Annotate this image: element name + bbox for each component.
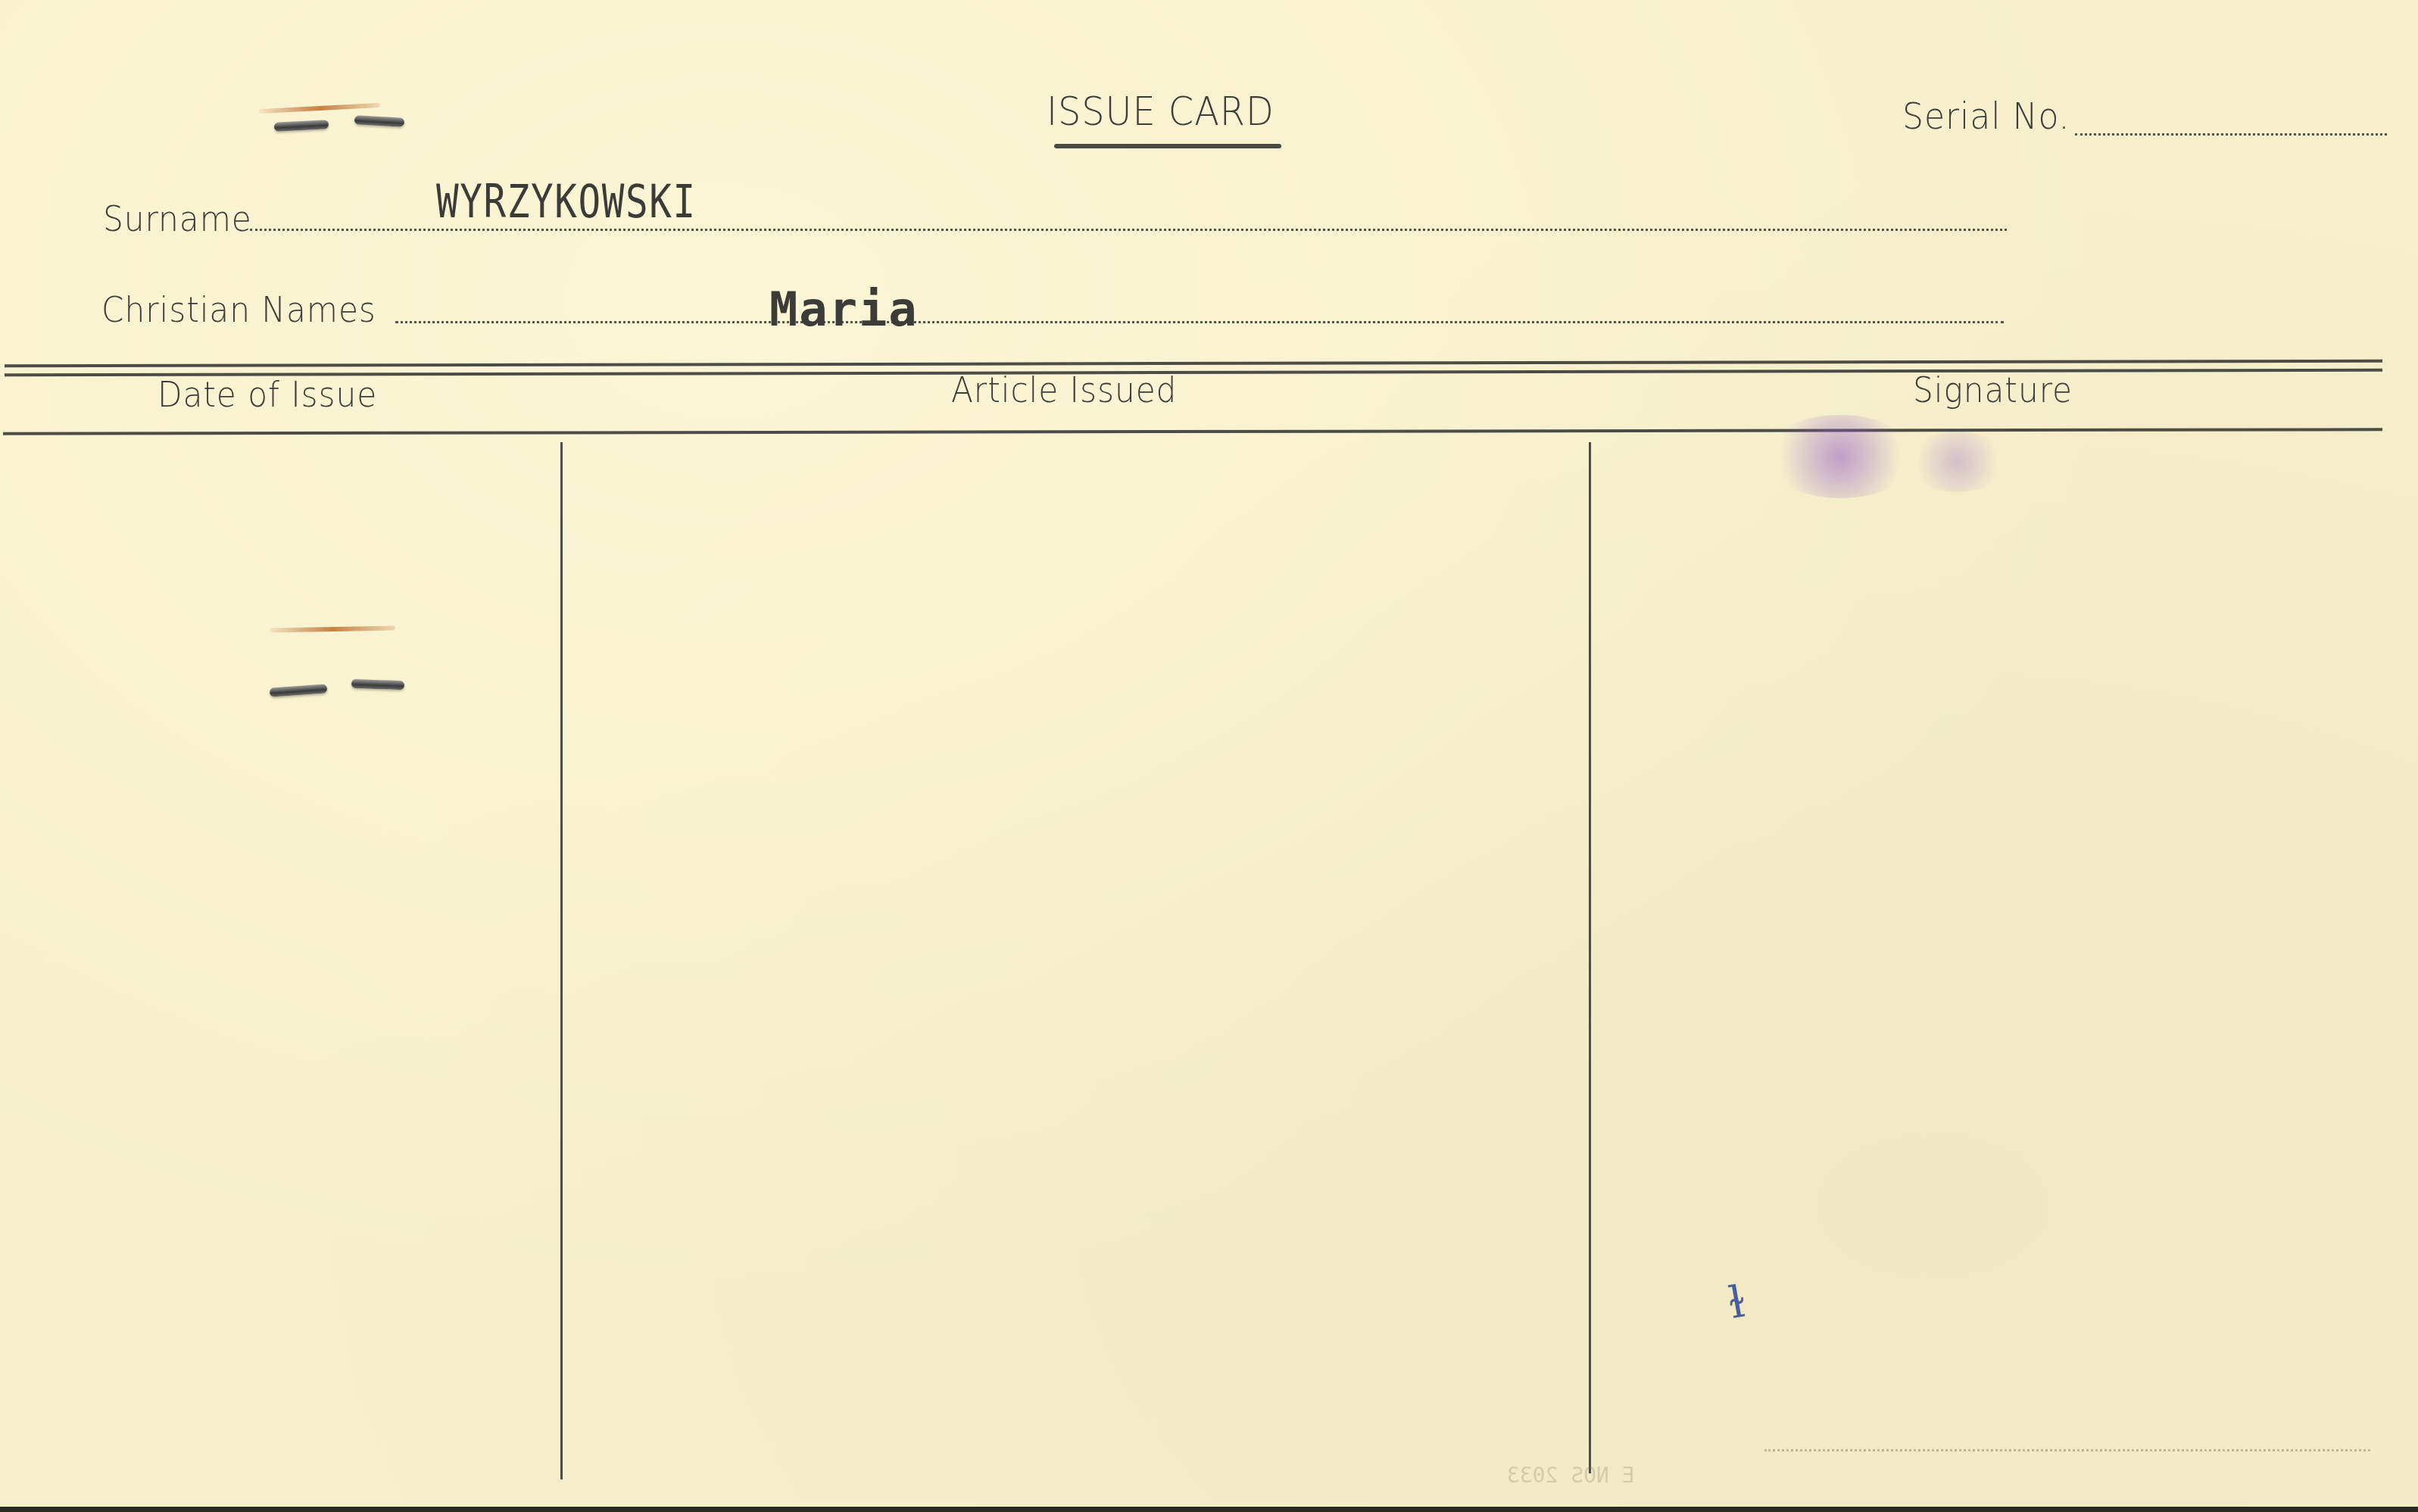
show-through-code: E NOS 2033 <box>1507 1463 1635 1488</box>
title-underline <box>1054 144 1281 148</box>
purple-stamp-mark-faint <box>1908 432 2007 492</box>
rust-stain-top <box>259 103 380 114</box>
column-header-signature: Signature <box>1913 369 2073 410</box>
serial-label: Serial No. <box>1902 95 2070 138</box>
purple-stamp-mark <box>1764 415 1916 498</box>
staple-mid-right <box>351 679 404 690</box>
column-header-date-of-issue: Date of Issue <box>158 374 377 415</box>
surname-field-line <box>250 229 2007 231</box>
issue-card: ISSUE CARD Serial No. Surname WYRZYKOWSK… <box>0 0 2418 1507</box>
serial-field[interactable] <box>2075 133 2387 136</box>
column-header-article-issued: Article Issued <box>951 369 1177 410</box>
christian-names-label: Christian Names <box>101 289 376 330</box>
date-of-issue-column[interactable] <box>0 435 560 1479</box>
staple-top-left <box>274 120 329 132</box>
column-divider-2 <box>1589 442 1591 1473</box>
column-divider-1 <box>560 442 563 1479</box>
article-issued-column[interactable] <box>563 435 1589 1479</box>
surname-label: Surname <box>103 198 252 239</box>
signature-column[interactable] <box>1592 435 2417 1479</box>
faint-bottom-line <box>1764 1449 2370 1451</box>
christian-names-value[interactable]: Maria <box>769 282 919 337</box>
header-rule-top <box>5 360 2382 368</box>
card-title: ISSUE CARD <box>1047 89 1275 135</box>
staple-top-right <box>354 115 405 126</box>
surname-value[interactable]: WYRZYKOWSKI <box>436 176 697 229</box>
christian-names-field-line <box>395 321 2004 323</box>
